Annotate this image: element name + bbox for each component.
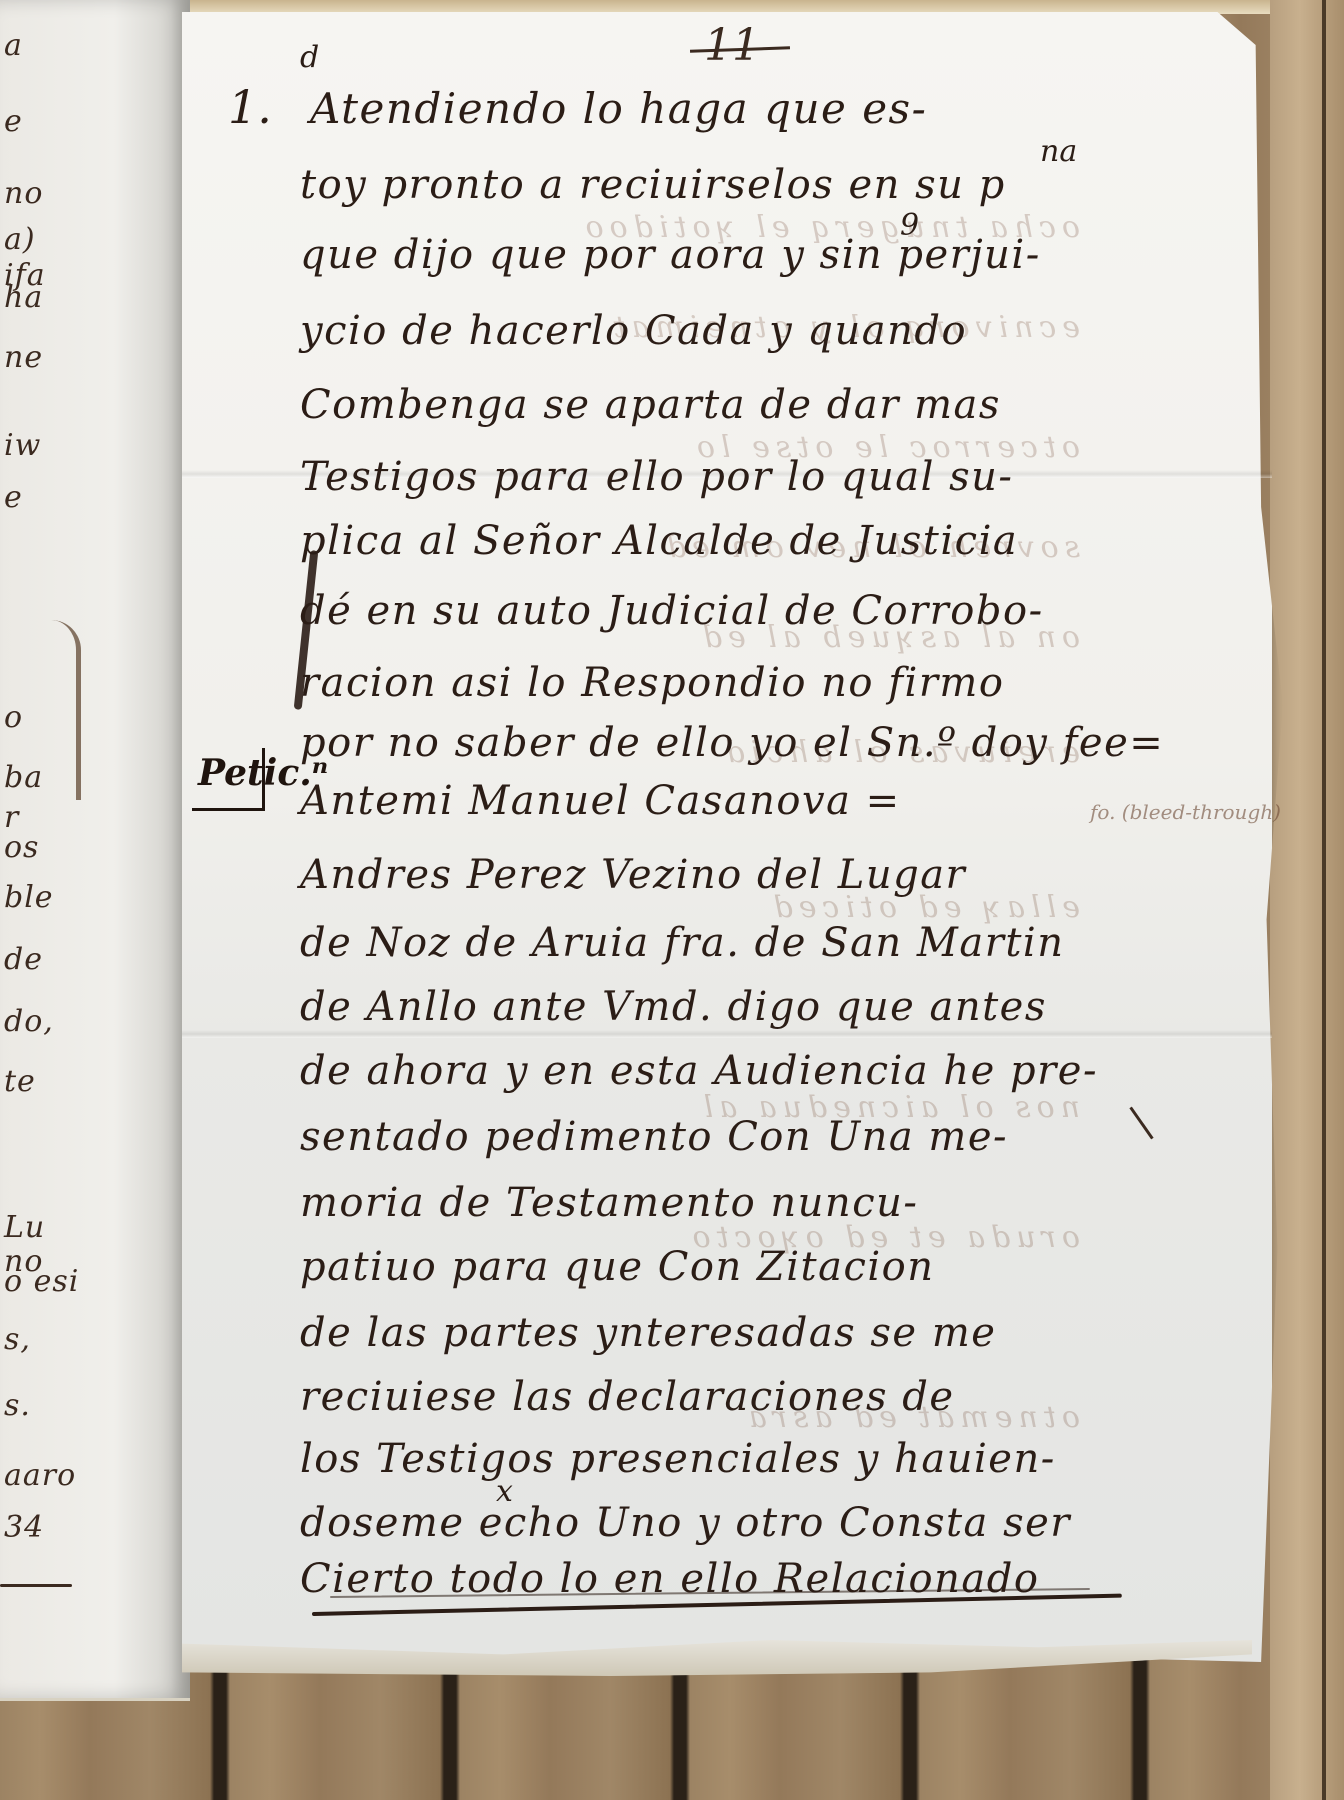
facing-page-fragment: os [4, 830, 39, 865]
manuscript-line: de Noz de Aruia fra. de San Martin [300, 920, 1064, 966]
manuscript-line: Testigos para ello por lo qual su- [300, 454, 1013, 500]
manuscript-line: los Testigos presenciales y hauien- [300, 1436, 1056, 1482]
facing-page-fragment: o [4, 700, 23, 735]
facing-page-fragment: te [4, 1064, 36, 1099]
facing-page-fragment: Lu [4, 1210, 45, 1245]
manuscript-line: Andres Perez Vezino del Lugar [300, 852, 966, 898]
wooden-frame-right [1270, 0, 1344, 1800]
margin-numeral: 1. [228, 80, 272, 134]
facing-page-fragment: a [4, 28, 23, 63]
manuscript-line: reciuiese las declaraciones de [300, 1374, 955, 1420]
manuscript-line: ycio de hacerlo Cada y quando [300, 308, 967, 354]
facing-page-left: aenoa)ifahaneiweobarosblededo,teLunoo es… [0, 0, 190, 1701]
facing-page-fragment: 34 [4, 1510, 44, 1545]
manuscript-line: Antemi Manuel Casanova = [300, 778, 901, 824]
paper-fold-line [182, 1030, 1272, 1038]
manuscript-line: de Anllo ante Vmd. digo que antes [300, 984, 1047, 1030]
facing-page-fragment: no [4, 176, 43, 211]
superscript-insertion: x [496, 1474, 513, 1509]
facing-page-fragment: e [4, 104, 23, 139]
manuscript-line: sentado pedimento Con Una me- [300, 1114, 1008, 1160]
manuscript-line: dé en su auto Judicial de Corrobo- [300, 588, 1044, 634]
facing-page-fragment: iw [4, 428, 41, 463]
facing-page-fragment: s. [4, 1388, 31, 1423]
facing-page-fragment: s, [4, 1322, 31, 1357]
manuscript-line: patiuo para que Con Zitacion [300, 1244, 934, 1290]
manuscript-line: que dijo que por aora y sin perjui- [300, 232, 1041, 278]
manuscript-line: plica al Señor Alcalde de Justicia [300, 518, 1018, 564]
facing-page-fragment: ble [4, 880, 54, 915]
superscript-insertion: na [1040, 134, 1077, 169]
paper-tear [36, 620, 81, 800]
facing-page-fragment: do, [4, 1004, 54, 1039]
manuscript-line: moria de Testamento nuncu- [300, 1180, 918, 1226]
facing-page-fragment: o esi [4, 1264, 79, 1299]
wooden-frame-edge [1322, 0, 1326, 1800]
superscript-insertion: 9 [900, 208, 919, 243]
facing-page-fragment: ha [4, 280, 43, 315]
faint-margin-scribble: fo. (bleed-through) [1090, 800, 1281, 824]
facing-page-fragment: aaro [4, 1458, 76, 1493]
facing-page-fragment: ne [4, 340, 43, 375]
manuscript-line: toy pronto a reciuirselos en su p [300, 162, 1006, 208]
facing-page-end-rule [0, 1584, 72, 1587]
manuscript-line: Atendiendo lo haga que es- [310, 84, 927, 133]
manuscript-line: Combenga se aparta de dar mas [300, 382, 1001, 428]
facing-page-fragment: de [4, 942, 43, 977]
manuscript-line: racion asi lo Respondio no firmo [300, 660, 1004, 706]
folio-number: 11 [704, 20, 760, 71]
facing-page-fragment: a) [4, 222, 36, 257]
manuscript-line: doseme echo Uno y otro Consta ser [300, 1500, 1071, 1546]
manuscript-line: de las partes ynteresadas se me [300, 1310, 996, 1356]
top-wood-strip [160, 0, 1270, 14]
manuscript-line: de ahora y en esta Audiencia he pre- [300, 1048, 1098, 1094]
superscript-insertion: d [300, 40, 319, 75]
manuscript-line: por no saber de ello yo el Sn.º doy fee= [300, 720, 1164, 766]
facing-page-fragment: e [4, 480, 23, 515]
